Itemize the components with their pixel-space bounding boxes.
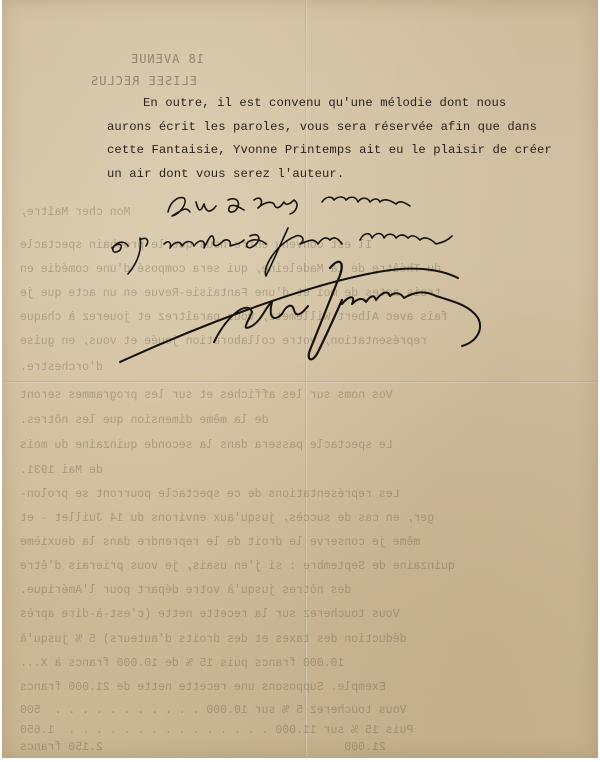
bleed-line: Exemple. Supposons une recette nette de … — [20, 680, 520, 696]
bleed-line: quinzaine de Septembre : si j'en usais, … — [20, 559, 520, 575]
signature-text: Sacha Guitry — [200, 310, 207, 311]
letterhead-address-line1: 18 AVENUE — [130, 52, 204, 66]
typed-paragraph: En outre, il est convenu qu'une mélodie … — [143, 92, 583, 186]
bleed-line: d'orchestre. — [20, 360, 520, 376]
typed-line: En outre, il est convenu qu'une mélodie … — [143, 92, 583, 116]
bleed-line: représentation, votre collaboration joué… — [20, 334, 520, 350]
horizontal-fold-line — [2, 381, 598, 383]
bleed-line: ger, en cas de succès, jusqu'aux environ… — [20, 511, 520, 527]
bleed-line: des nôtres jusqu'à votre départ pour l'A… — [20, 583, 520, 599]
bleed-line: du Théâtre de la Madeleine, qui sera com… — [20, 262, 520, 278]
bleed-line: fais avec Albert Willemetz, vous paraîtr… — [20, 310, 520, 326]
typed-line: cette Fantaisie, Yvonne Printemps ait eu… — [107, 139, 583, 163]
bleed-line: Vos noms sur les affiches et sur les pro… — [20, 388, 520, 404]
handwritten-note-text-line1: à vous de deux mains — [170, 200, 181, 201]
bleed-line: trois actes de moi et d'une Fantaisie-Re… — [20, 286, 520, 302]
bleed-line: de Mai 1931. — [20, 463, 520, 479]
bleed-line: de la même dimension que les nôtres. — [20, 413, 520, 429]
bleed-line: Mon cher Maître, — [20, 205, 520, 221]
bleed-line: même je conserve le droit de le reprendr… — [20, 535, 520, 551]
bleed-line: 10.000 francs puis 15 % de 10.000 francs… — [20, 656, 520, 672]
typed-line: aurons écrit les paroles, vous sera rése… — [107, 116, 583, 140]
letterhead-address-line2: ELISEE RECLUS — [90, 74, 197, 88]
bleed-line: Les représentations de ce spectacle pour… — [20, 487, 520, 503]
bleed-line: déduction des taxes et des droits d'aute… — [20, 632, 520, 648]
bleed-line: Vous toucherez 5 % sur 10.000 . . . . . … — [20, 703, 520, 719]
bleed-line: 21.000 2.150 francs — [20, 740, 520, 756]
typed-line: un air dont vous serez l'auteur. — [107, 163, 583, 187]
bleed-line: Vous toucherez sur la recette nette (c'e… — [20, 607, 520, 623]
handwritten-note-text-line2: et je voudrais de quatre mains — [112, 240, 127, 241]
bleed-line: Le spectacle passera dans la seconde qui… — [20, 438, 520, 454]
bleed-line: Il est convenu entre nous que le prochai… — [20, 238, 520, 254]
bleed-line: Puis 15 % sur 11.000 . . . . . . . . . .… — [20, 723, 520, 739]
